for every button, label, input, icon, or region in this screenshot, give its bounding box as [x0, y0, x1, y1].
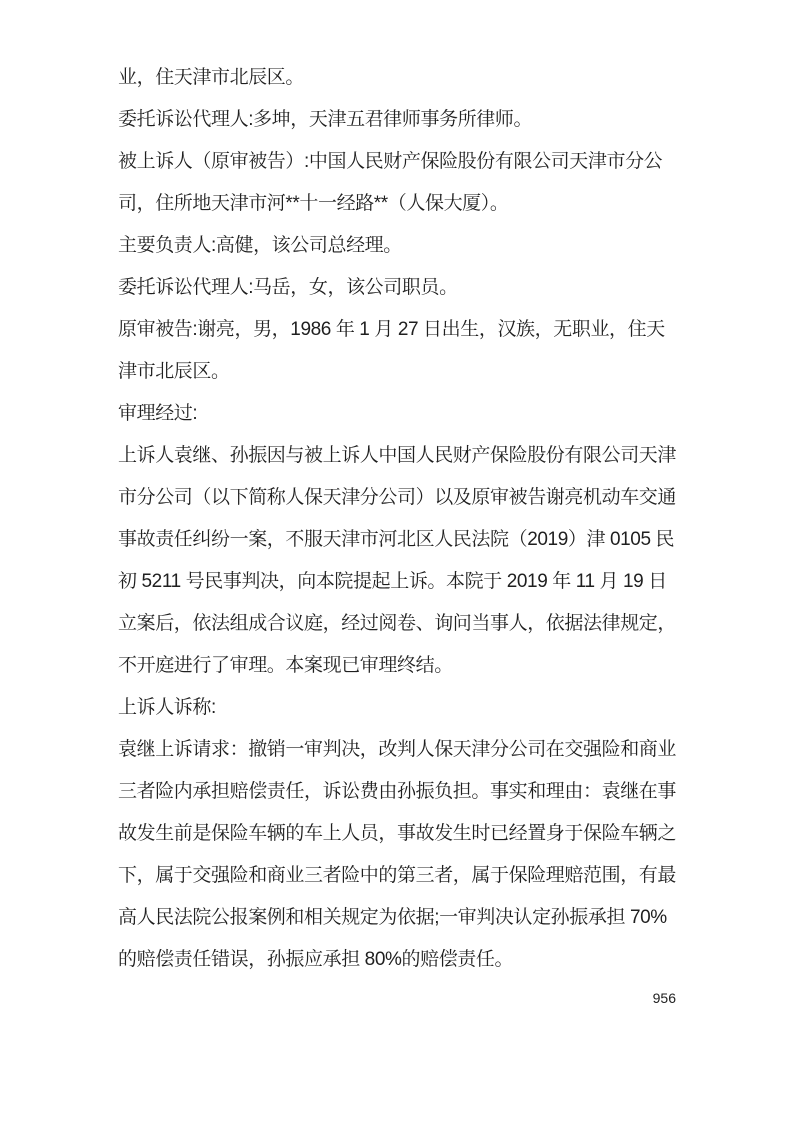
text-line: 高人民法院公报案例和相关规定为依据;一审判决认定孙振承担 70% — [118, 897, 678, 939]
text-line: 的赔偿责任错误，孙振应承担 80%的赔偿责任。 — [118, 939, 678, 981]
document-page: 业，住天津市北辰区。 委托诉讼代理人:多坤，天津五君律师事务所律师。 被上诉人（… — [0, 0, 793, 1122]
text-line: 津市北辰区。 — [118, 351, 678, 393]
text-line: 立案后，依法组成合议庭，经过阅卷、询问当事人，依据法律规定， — [118, 603, 678, 645]
text-line: 市分公司（以下简称人保天津分公司）以及原审被告谢亮机动车交通 — [118, 477, 678, 519]
text-line: 上诉人袁继、孙振因与被上诉人中国人民财产保险股份有限公司天津 — [118, 435, 678, 477]
text-line: 业，住天津市北辰区。 — [118, 57, 678, 99]
document-body: 业，住天津市北辰区。 委托诉讼代理人:多坤，天津五君律师事务所律师。 被上诉人（… — [118, 57, 678, 981]
text-line: 司，住所地天津市河**十一经路**（人保大厦）。 — [118, 183, 678, 225]
text-line: 事故责任纠纷一案，不服天津市河北区人民法院（2019）津 0105 民 — [118, 519, 678, 561]
text-line: 委托诉讼代理人:多坤，天津五君律师事务所律师。 — [118, 99, 678, 141]
text-line: 不开庭进行了审理。本案现已审理终结。 — [118, 645, 678, 687]
page-number: 956 — [653, 988, 676, 1008]
text-line: 三者险内承担赔偿责任，诉讼费由孙振负担。事实和理由：袁继在事 — [118, 771, 678, 813]
text-line: 主要负责人:高健，该公司总经理。 — [118, 225, 678, 267]
text-line: 委托诉讼代理人:马岳，女，该公司职员。 — [118, 267, 678, 309]
text-line: 下，属于交强险和商业三者险中的第三者，属于保险理赔范围，有最 — [118, 855, 678, 897]
section-heading: 上诉人诉称: — [118, 687, 678, 729]
text-line: 故发生前是保险车辆的车上人员，事故发生时已经置身于保险车辆之 — [118, 813, 678, 855]
text-line: 初 5211 号民事判决，向本院提起上诉。本院于 2019 年 11 月 19 … — [118, 561, 678, 603]
text-line: 袁继上诉请求：撤销一审判决，改判人保天津分公司在交强险和商业 — [118, 729, 678, 771]
section-heading: 审理经过: — [118, 393, 678, 435]
text-line: 原审被告:谢亮，男，1986 年 1 月 27 日出生，汉族，无职业，住天 — [118, 309, 678, 351]
text-line: 被上诉人（原审被告）:中国人民财产保险股份有限公司天津市分公 — [118, 141, 678, 183]
